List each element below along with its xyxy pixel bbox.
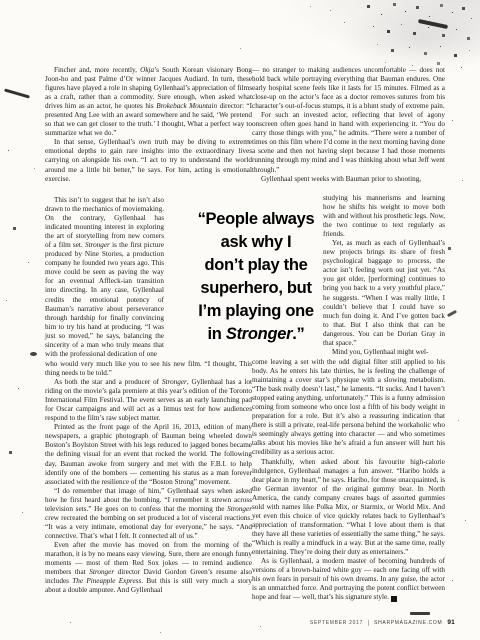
footer-divider [368,620,369,626]
paragraph: — no stranger to making audiences uncomf… [252,66,445,111]
column1-top-block: Fincher and, more recently, Okja’s South… [45,66,252,184]
scan-smudge [30,352,37,356]
pull-quote-line: superhero, but [154,277,358,300]
pull-quote-line: “People always [154,208,358,231]
column2-bottom-block: come leaving a set with the odd digital … [252,358,445,602]
scan-noise-speckles [0,0,1,1]
page-footer: SEPTEMBER 2017 SHARPMAGAZINE.COM 91 [310,619,455,626]
column1-narrow-block: This isn’t to suggest that he isn’t also… [45,196,164,359]
scan-smudge [410,612,430,615]
paragraph: Fincher and, more recently, Okja’s South… [45,66,252,138]
article-end-mark-icon: S [391,596,397,602]
scan-smudge [447,310,457,317]
footer-site-url: SHARPMAGAZINE.COM [374,620,442,626]
column2-top-block: — no stranger to making audiences uncomf… [252,66,445,184]
pull-quote: “People always ask why I don’t play the … [154,208,358,354]
paragraph: come leaving a set with the odd digital … [252,358,445,458]
paragraph: Thankfully, when asked about his favouri… [252,458,445,558]
paragraph: In that sense, Gyllenhaal’s own truth ma… [45,138,252,183]
paragraph: “I do remember that image of him,” Gylle… [45,487,252,541]
paragraph: Even after the movie has moved on from t… [45,541,252,595]
column1-bottom-block: who would very much like you to see his … [45,360,252,595]
pull-quote-line: don’t play the [154,254,358,277]
pull-quote-line: ask why I [154,231,358,254]
page-number: 91 [447,619,455,626]
magazine-page: Fincher and, more recently, Okja’s South… [0,0,480,640]
paragraph: This isn’t to suggest that he isn’t also… [45,196,164,359]
paragraph: For such an invested actor, reflecting t… [252,111,445,174]
pull-quote-line: I’m playing one [154,300,358,323]
pull-quote-line: in Stronger.” [154,323,358,346]
paragraph: who would very much like you to see his … [45,360,252,378]
paragraph: As is Gyllenhaal, a modern master of bec… [252,557,445,602]
paragraph: Gyllenhaal spent weeks with Bauman prior… [252,175,445,184]
paragraph: Printed as the front page of the April 1… [45,423,252,486]
scan-smudge [418,19,448,29]
paragraph: As both the star and a producer of Stron… [45,378,252,423]
footer-issue-date: SEPTEMBER 2017 [310,620,363,626]
scan-smudge [4,88,30,98]
